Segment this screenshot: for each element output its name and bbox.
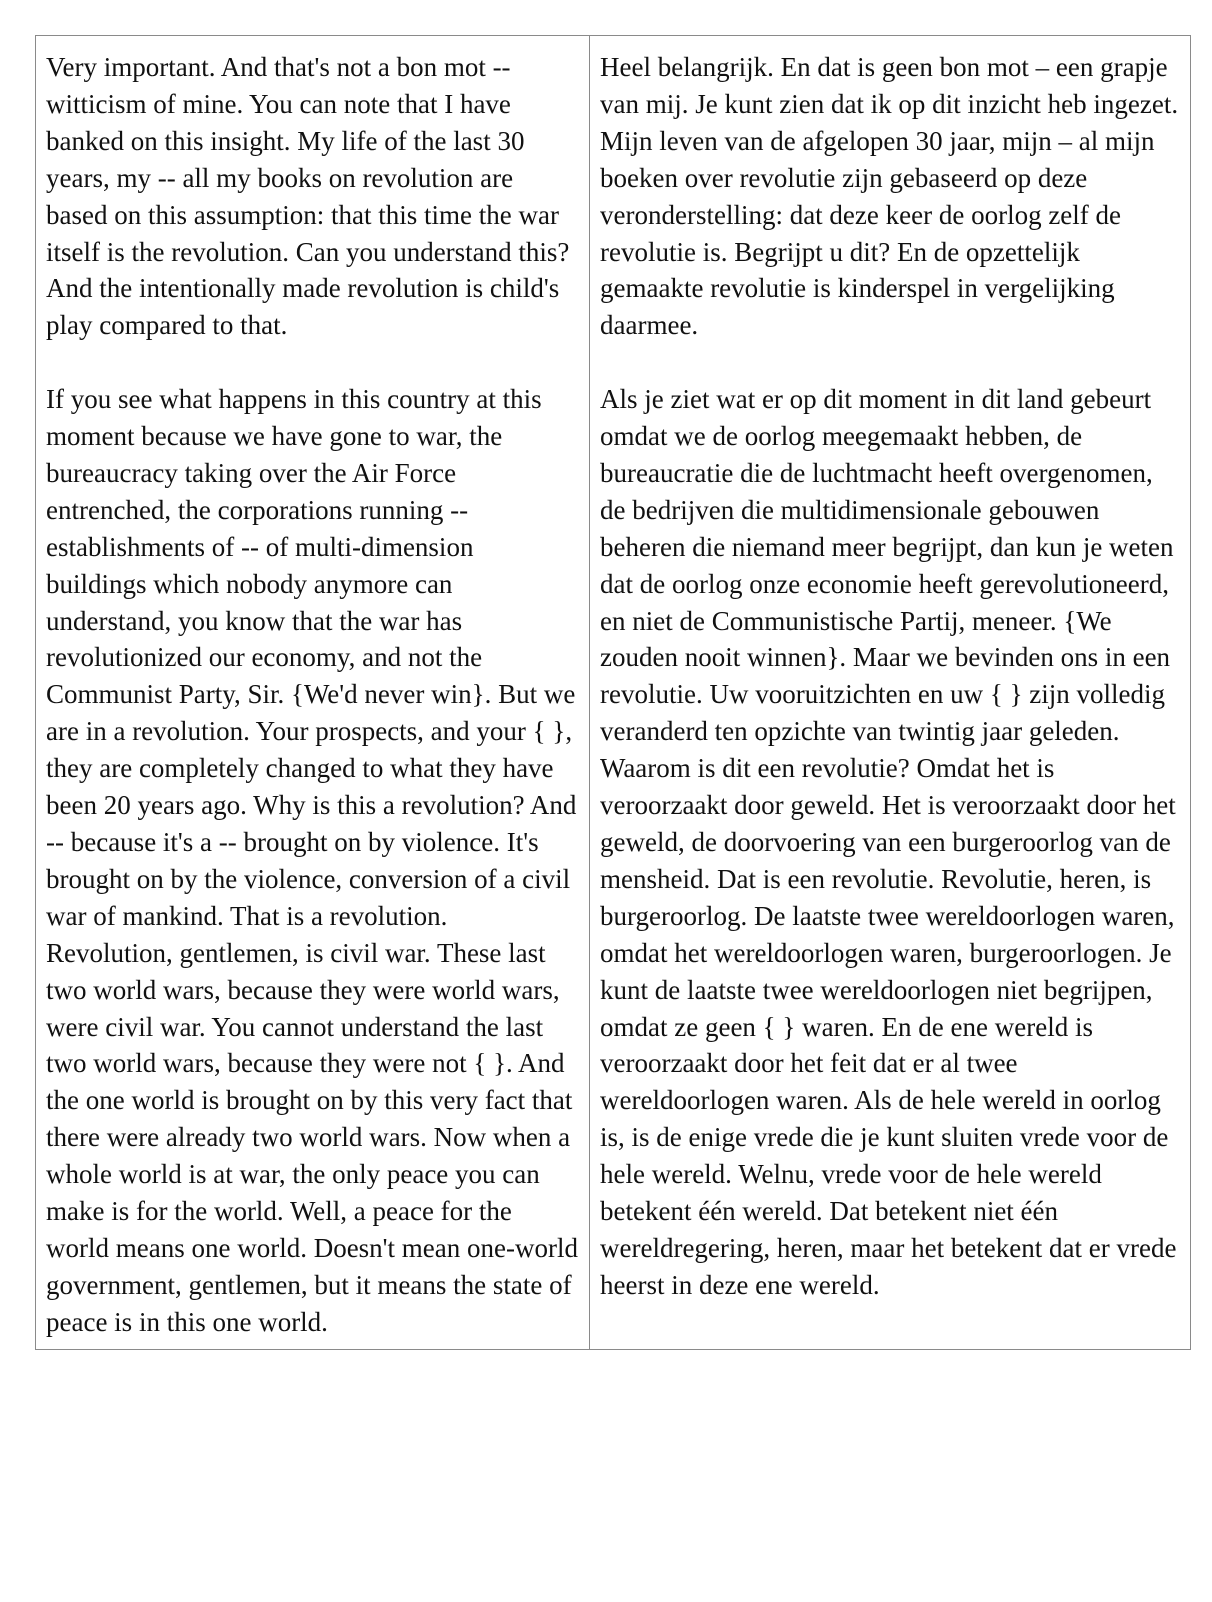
dutch-paragraph-2: Als je ziet wat er op dit moment in dit … [600,381,1180,1304]
english-column: Very important. And that's not a bon mot… [36,36,590,1350]
dutch-column: Heel belangrijk. En dat is geen bon mot … [590,36,1191,1350]
table-row: Very important. And that's not a bon mot… [36,36,1191,1350]
bilingual-translation-table: Very important. And that's not a bon mot… [35,35,1191,1350]
dutch-paragraph-1: Heel belangrijk. En dat is geen bon mot … [600,49,1180,344]
english-paragraph-1: Very important. And that's not a bon mot… [46,49,579,344]
english-paragraph-2: If you see what happens in this country … [46,381,579,1341]
paragraph-spacer [46,344,579,381]
